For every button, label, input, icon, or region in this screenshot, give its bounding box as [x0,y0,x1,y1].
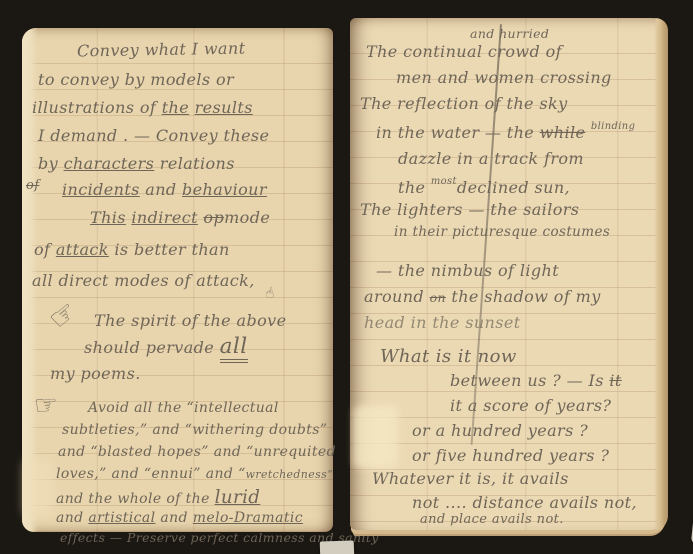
handwritten-line: The reflection of the sky [360,94,568,113]
paper-stain [354,406,398,468]
handwritten-line: I demand . — Convey these [38,126,269,145]
handwritten-line: of attack is better than [34,240,230,259]
handwritten-line: between us ? — Is it [450,371,622,390]
stacked-page-edges [654,18,668,530]
handwritten-line: The spirit of the above [94,311,286,330]
handwritten-line: The continual crowd of [366,42,562,61]
handwritten-line: Convey what I want [77,39,246,61]
handwritten-line: incidents and behaviour [62,180,267,199]
handwritten-line: should pervade all [84,334,248,359]
handwritten-line: or a hundred years ? [412,421,588,440]
handwritten-line: This indirect opmode [90,208,270,227]
notebook-photograph: Convey what I want to convey by models o… [0,0,693,554]
handwritten-line: in the water — the while blinding [376,121,635,142]
handwritten-line: men and women crossing [396,68,612,87]
handwritten-line: and the whole of the lurid [56,487,260,508]
handwritten-line: What is it now [380,346,517,367]
handwritten-line: by characters relations [38,154,235,173]
manicule-icon: ☞ [42,293,85,337]
paper-fragment [320,540,355,554]
paper-stain [24,458,54,518]
handwritten-line: the mostdeclined sun, [398,176,570,197]
manicule-icon: ☞ [33,389,60,422]
handwritten-line: dazzle in a track from [398,149,584,168]
handwritten-line: in their picturesque costumes [394,224,610,240]
handwritten-line: The lighters — the sailors [360,200,579,219]
handwritten-line: my poems. [50,364,141,383]
left-page: Convey what I want to convey by models o… [22,28,333,532]
handwritten-line: or five hundred years ? [412,446,609,465]
handwritten-line: not .... distance avails not, [412,493,637,512]
manicule-icon: ☝ [264,283,277,302]
handwritten-line: it a score of years? [450,396,611,415]
handwritten-line: Whatever it is, it avails [372,469,569,488]
handwritten-line: and place avails not. [420,512,564,527]
handwritten-line: to convey by models or [38,70,234,89]
handwritten-line: head in the sunset [364,313,521,332]
handwritten-line: illustrations of the results [32,98,253,117]
handwritten-line: and “blasted hopes” and “unrequited [58,444,336,460]
inserted-words: and hurried [470,26,549,41]
handwritten-line: loves,” and “ennui” and “wretchedness” [56,466,333,482]
handwritten-line: Avoid all the “intellectual [88,400,279,416]
handwritten-line: all direct modes of attack, [32,271,255,290]
margin-annotation: of [26,178,39,193]
right-page: and hurried The continual crowd of men a… [350,18,668,530]
handwritten-line: and artistical and melo-Dramatic [56,510,303,526]
handwritten-line: subtleties,” and “withering doubts” [62,422,327,438]
handwritten-line: — the nimbus of light [376,261,559,280]
handwritten-line: around on the shadow of my [364,287,601,306]
